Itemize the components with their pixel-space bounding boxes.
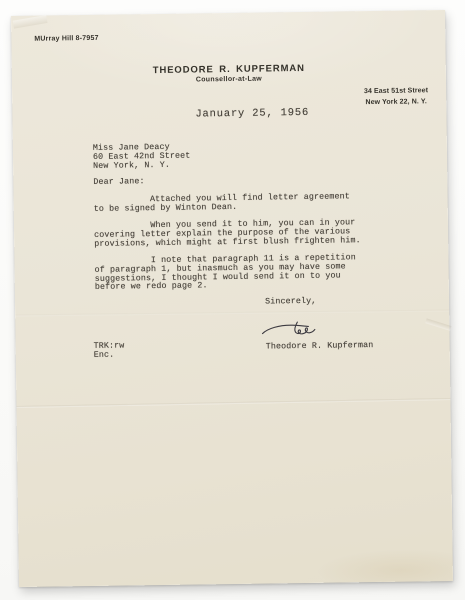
corner-crease [13,15,48,29]
recipient-address: Miss Jane Deacy 60 East 42nd Street New … [93,143,191,171]
fold-crease-upper [15,310,449,317]
body-paragraph-2: When you send it to him, you can in your… [94,218,361,248]
enclosure-note: Enc. [94,349,115,359]
letter-paper: MUrray Hill 8-7957 THEODORE R. KUPFERMAN… [11,10,453,587]
typed-signature-name: Theodore R. Kupferman [266,341,374,351]
edge-crease [425,318,451,330]
letterhead-address: 34 East 51st Street New York 22, N. Y. [364,86,428,108]
reference-block: TRK:rw Enc. [94,342,125,360]
letter-date: January 25, 1956 [195,109,309,119]
salutation: Dear Jane: [93,177,144,187]
signature-ted-icon [259,318,321,343]
letter-scan: MUrray Hill 8-7957 THEODORE R. KUPFERMAN… [0,0,465,600]
letterhead-phone: MUrray Hill 8-7957 [34,35,98,43]
fold-crease-lower [16,398,450,408]
handwritten-signature [259,318,321,343]
body-paragraph-1: Attached you will find letter agreement … [94,192,351,213]
closing: Sincerely, [265,297,316,307]
body-paragraph-3: I note that paragraph 11 is a repetition… [94,253,356,292]
